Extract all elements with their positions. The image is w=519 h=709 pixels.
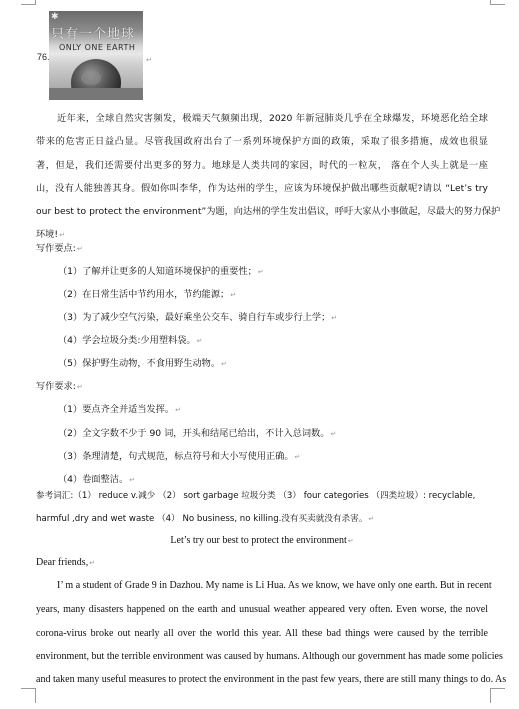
poster-ground	[49, 88, 143, 100]
essay-title: Let’s try our best to protect the enviro…	[36, 535, 488, 547]
item-text: （3）条理清楚，句式规范，标点符号和大小写使用正确。	[58, 451, 294, 462]
paragraph-mark: ↵	[197, 337, 203, 345]
writing-point-item: （1）了解并让更多的人知道环境保护的重要性；↵	[58, 266, 488, 278]
paragraph-mark: ↵	[258, 268, 264, 276]
question-number: 76.	[37, 52, 50, 62]
crop-mark-top-left	[21, 0, 36, 5]
paragraph-mark: ↵	[146, 56, 152, 64]
writing-requirement-item: （1）要点齐全并适当发挥。↵	[58, 404, 488, 416]
item-text: （4）学会垃圾分类:少用塑料袋。	[58, 335, 196, 346]
heading-text: 写作要求:	[36, 381, 76, 392]
crop-mark-bottom-right	[490, 688, 505, 703]
paragraph-mark: ↵	[77, 383, 83, 391]
essay-line: years, many disasters happened on the ea…	[36, 604, 488, 616]
paragraph-mark: ↵	[348, 537, 354, 545]
paragraph-mark: ↵	[59, 231, 65, 239]
paragraph-mark: ↵	[295, 453, 301, 461]
paragraph-mark: ↵	[89, 559, 95, 567]
poster-title-en: ONLY ONE EARTH	[59, 43, 135, 52]
essay-line: I’ m a student of Grade 9 in Dazhou. My …	[36, 580, 488, 592]
paragraph-mark: ↵	[221, 360, 227, 368]
prompt-line-text: 环境!	[36, 229, 58, 240]
item-text: （5）保护野生动物，不食用野生动物。	[58, 358, 220, 369]
crop-mark-top-right	[490, 0, 505, 5]
item-text: （4）卷面整洁。	[58, 474, 128, 485]
item-text: （2）在日常生活中节约用水，节约能源；	[58, 289, 229, 300]
writing-point-item: （5）保护野生动物，不食用野生动物。↵	[58, 358, 488, 370]
essay-salutation: Dear friends,↵	[36, 557, 488, 569]
paragraph-mark: ↵	[230, 291, 236, 299]
writing-point-item: （4）学会垃圾分类:少用塑料袋。↵	[58, 335, 488, 347]
vocabulary-text: harmful ,dry and wet waste （4） No busine…	[36, 514, 367, 524]
prompt-line: our best to protect the environment”为题，向…	[36, 206, 488, 218]
prompt-line: 著，但是，我们还需要付出更多的努力。地球是人类共同的家园，时代的一粒灰， 落在个…	[36, 160, 488, 172]
prompt-line: 带来的危害正日益凸显。尽管我国政府出台了一系列环境保护方面的政策，采取了很多措施…	[36, 136, 488, 148]
question-number-text: 76.	[37, 52, 50, 62]
item-text: （1）了解并让更多的人知道环境保护的重要性；	[58, 266, 257, 277]
salutation-text: Dear friends,	[36, 557, 88, 568]
earth-poster-image: ✱ 只有一个地球 ONLY ONE EARTH	[49, 11, 143, 100]
vocabulary-line: harmful ,dry and wet waste （4） No busine…	[36, 513, 488, 525]
prompt-line-last: 环境!↵	[36, 229, 488, 241]
writing-requirements-heading: 写作要求:↵	[36, 381, 488, 393]
paragraph-mark: ↵	[77, 245, 83, 253]
poster-title-cn: 只有一个地球	[51, 23, 135, 42]
writing-point-item: （2）在日常生活中节约用水，节约能源；↵	[58, 289, 488, 301]
essay-line: environment, but the terrible environmen…	[36, 651, 488, 663]
item-text: （3）为了减少空气污染，最好乘坐公交车、骑自行车或步行上学；	[58, 312, 330, 323]
document-page: 76. ✱ 只有一个地球 ONLY ONE EARTH ↵ 近年来，全球自然灾害…	[0, 0, 519, 709]
paragraph-mark: ↵	[330, 430, 336, 438]
essay-line: and taken many useful measures to protec…	[36, 674, 488, 686]
essay-line: corona-virus broke out nearly all over t…	[36, 628, 488, 640]
paragraph-mark: ↵	[368, 515, 374, 523]
heading-text: 写作要点:	[36, 243, 76, 254]
writing-requirement-item: （2）全文字数不少于 90 词，开头和结尾已给出，不计入总词数。↵	[58, 428, 488, 440]
item-text: （2）全文字数不少于 90 词，开头和结尾已给出，不计入总词数。	[58, 428, 329, 439]
paragraph-mark: ↵	[129, 476, 135, 484]
essay-title-text: Let’s try our best to protect the enviro…	[170, 535, 346, 546]
item-text: （1）要点齐全并适当发挥。	[58, 404, 174, 415]
paragraph-mark: ↵	[175, 406, 181, 414]
writing-point-item: （3）为了减少空气污染，最好乘坐公交车、骑自行车或步行上学；↵	[58, 312, 488, 324]
paragraph-mark: ↵	[331, 314, 337, 322]
prompt-line: 近年来，全球自然灾害频发，极端天气频频出现，2020 年新冠肺炎几乎在全球爆发，…	[36, 113, 488, 125]
star-icon: ✱	[51, 12, 59, 22]
crop-mark-bottom-left	[21, 688, 36, 703]
prompt-line: 山，没有人能独善其身。假如你叫李华，作为达州的学生，应该为环境保护做出哪些贡献呢…	[36, 183, 488, 195]
writing-requirement-item: （3）条理清楚，句式规范，标点符号和大小写使用正确。↵	[58, 451, 488, 463]
writing-requirement-item: （4）卷面整洁。↵	[58, 474, 488, 486]
vocabulary-line: 参考词汇:（1） reduce v.减少 （2） sort garbage 垃圾…	[36, 490, 488, 502]
writing-points-heading: 写作要点:↵	[36, 243, 488, 255]
